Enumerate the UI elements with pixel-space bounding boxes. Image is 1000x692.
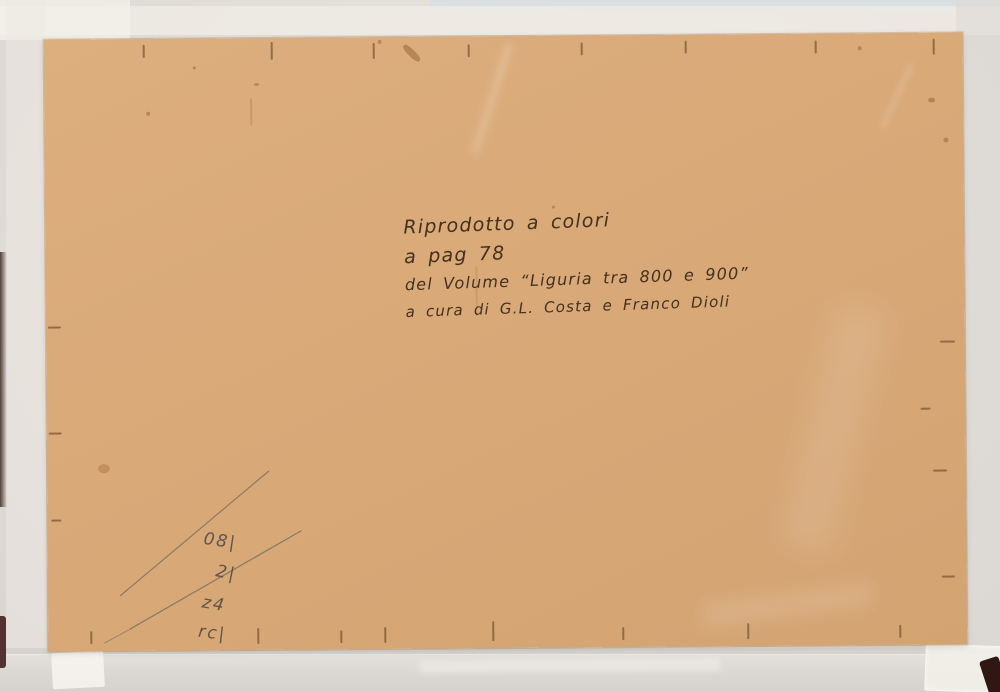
paper-stain	[928, 98, 935, 103]
stitch-mark	[48, 326, 61, 328]
stitch-mark	[899, 625, 901, 638]
handwritten-inscription: Riprodotto a colori a pag 78 del Volume …	[403, 206, 750, 320]
photo-of-artwork-verso: 08| 2| z4 rc| Riprodotto a colori a pag …	[0, 0, 1000, 692]
stitch-mark	[933, 39, 935, 55]
paper-crease	[880, 63, 915, 129]
stitch-mark	[384, 627, 386, 643]
stitch-mark	[468, 44, 470, 57]
stitch-mark	[373, 43, 375, 59]
pencil-glyph: z4	[201, 592, 228, 616]
paper-stain	[378, 40, 382, 44]
paper-stain	[98, 464, 110, 473]
stitch-mark	[340, 630, 342, 643]
stitch-mark	[685, 41, 687, 54]
artwork-verso-paper: 08| 2| z4 rc| Riprodotto a colori a pag …	[44, 32, 968, 651]
background-edge-bottom-left	[0, 616, 6, 668]
stitch-mark	[942, 575, 955, 577]
paper-stain	[146, 112, 150, 116]
tape-strip-left	[6, 0, 46, 692]
paper-stain	[254, 83, 259, 86]
stitch-mark	[90, 631, 92, 644]
inscription-line-4: a cura di G.L. Costa e Franco Dioli	[405, 292, 750, 321]
paper-crease	[471, 43, 513, 155]
inscription-line-3: del Volume “Liguria tra 800 e 900”	[405, 264, 750, 295]
paper-sheen	[701, 581, 873, 629]
stitch-mark	[921, 408, 931, 410]
stitch-mark	[933, 470, 947, 472]
stitch-mark	[51, 519, 61, 521]
background-edge-left	[0, 252, 7, 507]
paper-stain	[943, 138, 948, 143]
inscription-line-2: a pag 78	[404, 233, 749, 268]
stitch-mark	[49, 432, 62, 434]
paper-stain	[250, 98, 252, 126]
stitch-mark	[940, 340, 955, 342]
pencil-glyph: 08|	[202, 529, 238, 554]
tape-strip-top	[0, 6, 1000, 36]
stitch-mark	[815, 41, 817, 54]
tape-fold-bottom-left	[51, 651, 105, 690]
paper-stain	[401, 43, 422, 63]
stitch-mark	[492, 621, 494, 641]
paper-stain	[552, 206, 555, 209]
paper-sheen	[778, 300, 890, 556]
stitch-mark	[271, 42, 273, 60]
inscription-line-1: Riprodotto a colori	[403, 204, 748, 238]
paper-stain	[193, 66, 196, 69]
pencil-glyph: 2|	[214, 561, 238, 585]
pencil-glyph: rc|	[197, 622, 227, 645]
paper-stain	[858, 46, 862, 50]
stitch-mark	[622, 627, 624, 640]
stitch-mark	[747, 623, 749, 639]
stitch-mark	[257, 628, 259, 644]
stitch-mark	[143, 45, 145, 58]
stitch-mark	[581, 42, 583, 55]
